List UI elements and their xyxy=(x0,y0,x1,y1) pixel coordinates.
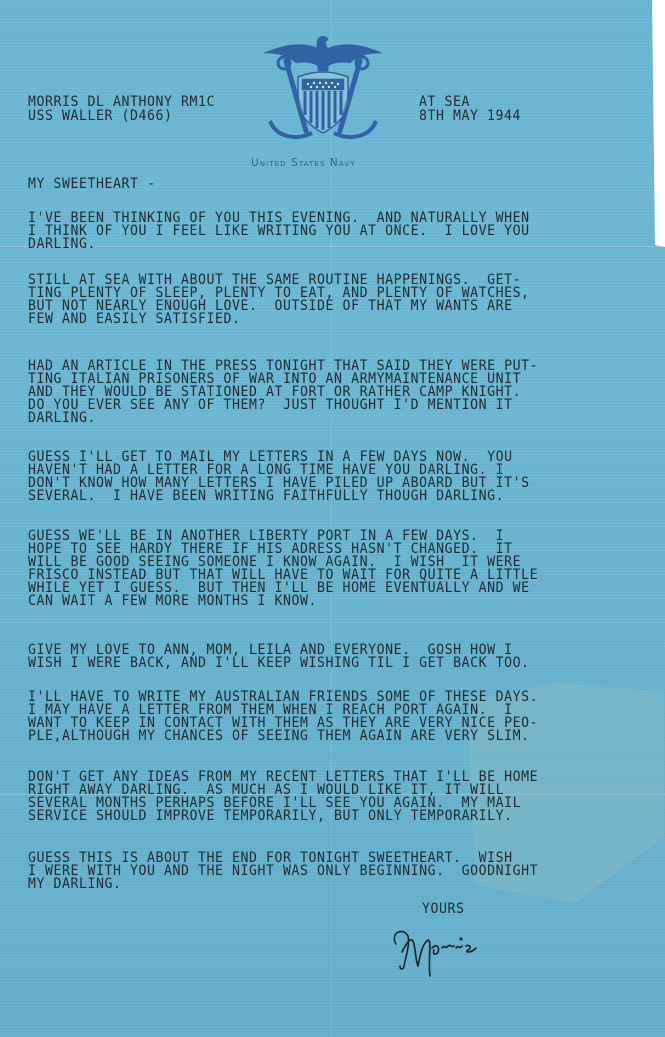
typed-line: SERVICE SHOULD IMPROVE TEMPORARILY, BUT … xyxy=(28,810,513,823)
handwritten-signature xyxy=(388,922,483,982)
sender-line-2: USS WALLER (D466) xyxy=(28,110,173,123)
typed-line: CAN WAIT A FEW MORE MONTHS I KNOW. xyxy=(28,595,317,608)
typed-line: SEVERAL. I HAVE BEEN WRITING FAITHFULLY … xyxy=(28,490,504,503)
closing: YOURS xyxy=(422,903,465,916)
typed-line: I THINK OF YOU I FEEL LIKE WRITING YOU A… xyxy=(28,225,530,238)
fold-crease xyxy=(331,0,333,1037)
typed-line: WISH I WERE BACK, AND I'LL KEEP WISHING … xyxy=(28,657,530,670)
typed-line: DARLING. xyxy=(28,238,96,251)
typed-line: FEW AND EASILY SATISFIED. xyxy=(28,313,241,326)
typed-line: DARLING. xyxy=(28,412,96,425)
typed-line: DO YOU EVER SEE ANY OF THEM? JUST THOUGH… xyxy=(28,399,513,412)
navy-emblem-icon xyxy=(262,33,384,143)
navy-caption: United States Navy xyxy=(251,157,356,169)
date-line: 8TH MAY 1944 xyxy=(419,110,521,123)
salutation: MY SWEETHEART - xyxy=(28,178,156,191)
typed-line: MY DARLING. xyxy=(28,878,122,891)
typed-line: PLE,ALTHOUGH MY CHANCES OF SEEING THEM A… xyxy=(28,730,530,743)
